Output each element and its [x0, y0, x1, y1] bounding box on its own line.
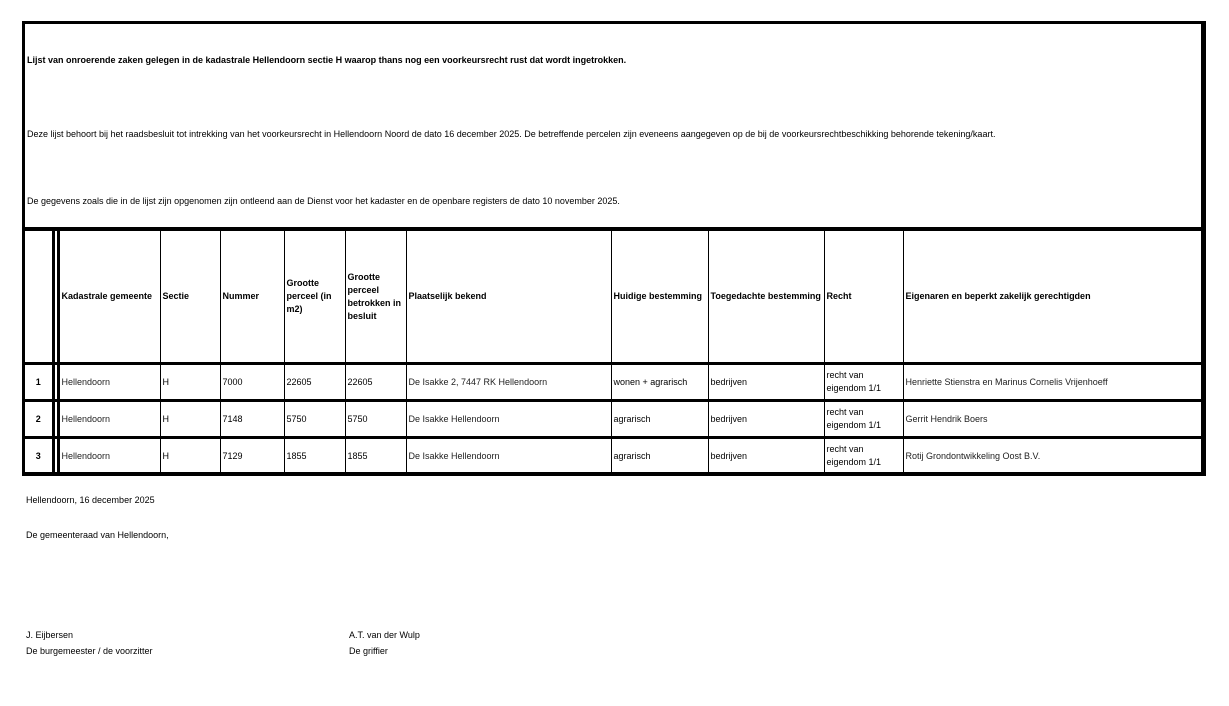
cell-kadastrale-gemeente: Hellendoorn: [58, 438, 160, 473]
intro-paragraph-1: Deze lijst behoort bij het raadsbesluit …: [27, 129, 995, 139]
cell-grootte-betrokken: 5750: [345, 401, 406, 438]
cell-recht: recht van eigendom 1/1: [824, 438, 903, 473]
signatory-2-role: De griffier: [349, 646, 388, 656]
cell-nummer: 7000: [220, 364, 284, 401]
cell-kadastrale-gemeente: Hellendoorn: [58, 364, 160, 401]
header-grootte-betrokken: Grootte perceel betrokken in besluit: [345, 231, 406, 364]
row-index: 1: [25, 364, 53, 401]
parcels-table: Kadastrale gemeente Sectie Nummer Groott…: [25, 231, 1201, 472]
cell-kadastrale-gemeente: Hellendoorn: [58, 401, 160, 438]
header-recht: Recht: [824, 231, 903, 364]
header-index: [25, 231, 53, 364]
table-row: 3 Hellendoorn H 7129 1855 1855 De Isakke…: [25, 438, 1201, 473]
council-line: De gemeenteraad van Hellendoorn,: [26, 530, 169, 540]
cell-nummer: 7129: [220, 438, 284, 473]
header-grootte-perceel: Grootte perceel (in m2): [284, 231, 345, 364]
cell-toegedachte-bestemming: bedrijven: [708, 364, 824, 401]
header-huidige-bestemming: Huidige bestemming: [611, 231, 708, 364]
intro-section: Lijst van onroerende zaken gelegen in de…: [25, 24, 1201, 231]
cell-toegedachte-bestemming: bedrijven: [708, 438, 824, 473]
cell-grootte-betrokken: 1855: [345, 438, 406, 473]
cell-sectie: H: [160, 364, 220, 401]
intro-paragraph-2: De gegevens zoals die in de lijst zijn o…: [27, 196, 620, 206]
header-toegedachte-bestemming: Toegedachte bestemming: [708, 231, 824, 364]
header-plaatselijk-bekend: Plaatselijk bekend: [406, 231, 611, 364]
cell-huidige-bestemming: agrarisch: [611, 401, 708, 438]
cell-grootte-perceel: 5750: [284, 401, 345, 438]
signatory-2-name: A.T. van der Wulp: [349, 630, 420, 640]
row-index: 3: [25, 438, 53, 473]
document-page: Lijst van onroerende zaken gelegen in de…: [0, 0, 1229, 706]
place-date: Hellendoorn, 16 december 2025: [26, 495, 155, 505]
document-frame: Lijst van onroerende zaken gelegen in de…: [22, 21, 1206, 476]
cell-huidige-bestemming: agrarisch: [611, 438, 708, 473]
cell-plaatselijk-bekend: De Isakke Hellendoorn: [406, 401, 611, 438]
cell-recht: recht van eigendom 1/1: [824, 364, 903, 401]
table-header-row: Kadastrale gemeente Sectie Nummer Groott…: [25, 231, 1201, 364]
header-eigenaren: Eigenaren en beperkt zakelijk gerechtigd…: [903, 231, 1201, 364]
header-sectie: Sectie: [160, 231, 220, 364]
signatory-1-name: J. Eijbersen: [26, 630, 73, 640]
cell-sectie: H: [160, 401, 220, 438]
cell-plaatselijk-bekend: De Isakke Hellendoorn: [406, 438, 611, 473]
cell-plaatselijk-bekend: De Isakke 2, 7447 RK Hellendoorn: [406, 364, 611, 401]
cell-grootte-perceel: 1855: [284, 438, 345, 473]
header-kadastrale-gemeente: Kadastrale gemeente: [58, 231, 160, 364]
row-index: 2: [25, 401, 53, 438]
cell-grootte-perceel: 22605: [284, 364, 345, 401]
table-row: 2 Hellendoorn H 7148 5750 5750 De Isakke…: [25, 401, 1201, 438]
cell-eigenaren: Rotij Grondontwikkeling Oost B.V.: [903, 438, 1201, 473]
signatory-1-role: De burgemeester / de voorzitter: [26, 646, 153, 656]
cell-nummer: 7148: [220, 401, 284, 438]
cell-huidige-bestemming: wonen + agrarisch: [611, 364, 708, 401]
cell-eigenaren: Gerrit Hendrik Boers: [903, 401, 1201, 438]
header-nummer: Nummer: [220, 231, 284, 364]
cell-sectie: H: [160, 438, 220, 473]
document-title: Lijst van onroerende zaken gelegen in de…: [27, 55, 626, 65]
cell-grootte-betrokken: 22605: [345, 364, 406, 401]
cell-toegedachte-bestemming: bedrijven: [708, 401, 824, 438]
cell-eigenaren: Henriette Stienstra en Marinus Cornelis …: [903, 364, 1201, 401]
cell-recht: recht van eigendom 1/1: [824, 401, 903, 438]
table-row: 1 Hellendoorn H 7000 22605 22605 De Isak…: [25, 364, 1201, 401]
